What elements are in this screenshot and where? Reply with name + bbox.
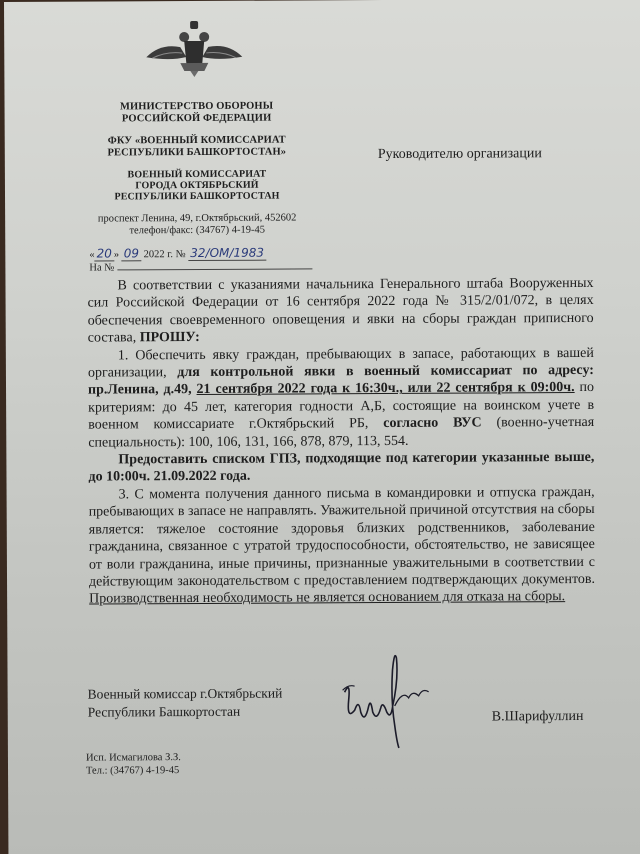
executor-info: Исп. Исмагилова З.З. Тел.: (34767) 4-19-…	[86, 751, 181, 777]
office-address-block: проспект Ленина, 49, г.Октябрьский, 4526…	[77, 212, 317, 237]
reply-to-label: На №	[89, 262, 114, 273]
request-keyword: ПРОШУ:	[140, 330, 200, 345]
date-month: 09	[122, 246, 141, 261]
intro-paragraph: В соответствии с указаниями начальника Г…	[87, 275, 593, 347]
p1-dates: 21 сентября 2022 года к 16:30ч., или 22 …	[196, 380, 574, 397]
p3-underlined: Производственная необходимость не являет…	[89, 589, 565, 606]
reply-to-line: На №	[89, 260, 312, 273]
office-phone: телефон/факс: (34767) 4-19-45	[77, 224, 317, 237]
fku-header: ФКУ «ВОЕННЫЙ КОМИССАРИАТ РЕСПУБЛИКИ БАШК…	[77, 134, 317, 159]
signatory-name: В.Шарифуллин	[492, 709, 584, 725]
office-line-3: РЕСПУБЛИКИ БАШКОРТОСТАН	[77, 190, 317, 202]
handwritten-signature	[332, 650, 443, 751]
signatory-title-line-1: Военный комиссар г.Октябрьский	[88, 685, 283, 704]
ministry-header: МИНИСТЕРСТВО ОБОРОНЫ РОССИЙСКОЙ ФЕДЕРАЦИ…	[77, 100, 317, 125]
ministry-line-2: РОССИЙСКОЙ ФЕДЕРАЦИИ	[77, 112, 317, 125]
p3-text: 3. С момента получения данного письма в …	[89, 485, 595, 590]
letter-page: МИНИСТЕРСТВО ОБОРОНЫ РОССИЙСКОЙ ФЕДЕРАЦИ…	[4, 0, 640, 854]
paragraph-2: Предоставить списком ГПЗ, подходящие под…	[88, 449, 594, 486]
date-year: 2022 г. №	[144, 249, 186, 260]
fku-line-2: РЕСПУБЛИКИ БАШКОРТОСТАН»	[77, 146, 317, 159]
date-day: 20	[95, 246, 114, 261]
double-headed-eagle-emblem-icon	[140, 17, 248, 80]
paragraph-3: 3. С момента получения данного письма в …	[89, 484, 596, 608]
office-header: ВОЕННЫЙ КОМИССАРИАТ ГОРОДА ОКТЯБРЬСКИЙ Р…	[77, 168, 317, 202]
executor-name: Исп. Исмагилова З.З.	[86, 751, 181, 764]
office-address: проспект Ленина, 49, г.Октябрьский, 4526…	[77, 212, 317, 225]
letter-body: В соответствии с указаниями начальника Г…	[87, 275, 595, 608]
p1-vus: согласно ВУС	[383, 416, 481, 432]
paragraph-1: 1. Обеспечить явку граждан, пребывающих …	[88, 345, 595, 452]
document-number: 32/ОМ/1983	[188, 246, 266, 261]
signatory-title: Военный комиссар г.Октябрьский Республик…	[88, 685, 283, 722]
reply-to-blank	[117, 260, 312, 270]
document-date-number: «20» 09 2022 г. № 32/ОМ/1983	[89, 246, 266, 261]
signatory-title-line-2: Республики Башкортостан	[88, 703, 283, 722]
executor-phone: Тел.: (34767) 4-19-45	[86, 764, 181, 777]
recipient: Руководителю организации	[378, 146, 542, 163]
